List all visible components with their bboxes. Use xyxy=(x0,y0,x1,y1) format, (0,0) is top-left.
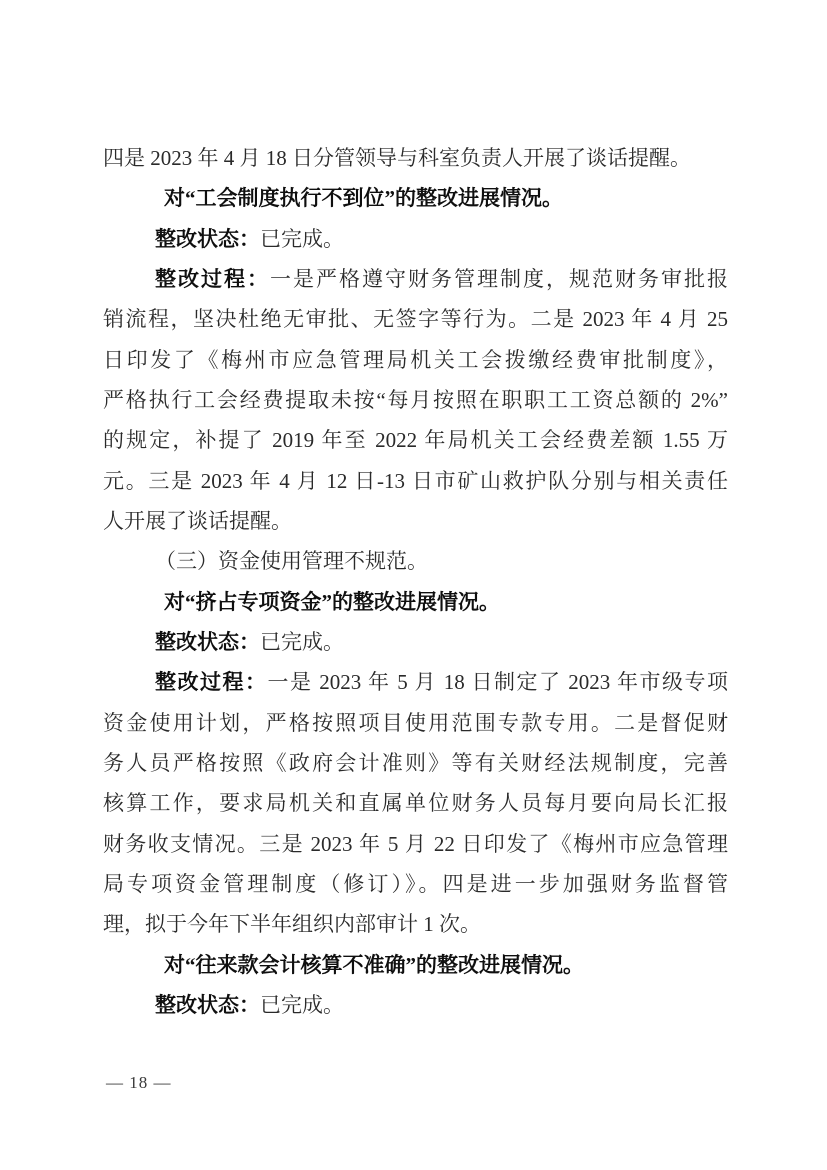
text-segment: 核算工作，要求局机关和直属单位财务人员每月要向局长汇报 xyxy=(103,791,728,815)
text-line: 销流程，坚决杜绝无审批、无签字等行为。二是 2023 年 4 月 25 xyxy=(103,299,728,339)
document-page: 四是 2023 年 4 月 18 日分管领导与科室负责人开展了谈话提醒。对“工会… xyxy=(0,0,827,1170)
text-line: 财务收支情况。三是 2023 年 5 月 22 日印发了《梅州市应急管理 xyxy=(103,824,728,864)
text-line: 整改过程：一是严格遵守财务管理制度，规范财务审批报 xyxy=(103,259,728,299)
text-line: 核算工作，要求局机关和直属单位财务人员每月要向局长汇报 xyxy=(103,783,728,823)
document-content: 四是 2023 年 4 月 18 日分管领导与科室负责人开展了谈话提醒。对“工会… xyxy=(103,138,728,1025)
text-segment: （三）资金使用管理不规范。 xyxy=(155,549,428,573)
bold-label: 对“工会制度执行不到位”的整改进展情况。 xyxy=(164,186,563,210)
text-line: 人开展了谈话提醒。 xyxy=(103,501,728,541)
bold-label: 对“挤占专项资金”的整改进展情况。 xyxy=(164,590,500,614)
text-segment: 财务收支情况。三是 2023 年 5 月 22 日印发了《梅州市应急管理 xyxy=(103,832,728,856)
text-line: 元。三是 2023 年 4 月 12 日-13 日市矿山救护队分别与相关责任 xyxy=(103,461,728,501)
text-segment: 人开展了谈话提醒。 xyxy=(103,509,292,533)
text-line: 整改状态：已完成。 xyxy=(103,219,728,259)
bold-label: 整改状态： xyxy=(155,227,260,251)
text-segment: 四是 2023 年 4 月 18 日分管领导与科室负责人开展了谈话提醒。 xyxy=(103,146,691,170)
text-segment: 的规定，补提了 2019 年至 2022 年局机关工会经费差额 1.55 万 xyxy=(103,428,728,452)
text-segment: 已完成。 xyxy=(260,630,344,654)
text-line: 对“工会制度执行不到位”的整改进展情况。 xyxy=(103,178,728,218)
page-number: — 18 — xyxy=(106,1072,172,1094)
text-line: 日印发了《梅州市应急管理局机关工会拨缴经费审批制度》， xyxy=(103,340,728,380)
text-line: 理，拟于今年下半年组织内部审计 1 次。 xyxy=(103,904,728,944)
text-line: 整改过程：一是 2023 年 5 月 18 日制定了 2023 年市级专项 xyxy=(103,662,728,702)
text-segment: 理，拟于今年下半年组织内部审计 1 次。 xyxy=(103,912,481,936)
bold-label: 整改过程： xyxy=(155,670,268,694)
text-line: 局专项资金管理制度（修订）》。四是进一步加强财务监督管 xyxy=(103,864,728,904)
text-line: 资金使用计划，严格按照项目使用范围专款专用。二是督促财 xyxy=(103,703,728,743)
text-line: 严格执行工会经费提取未按“每月按照在职职工工资总额的 2%” xyxy=(103,380,728,420)
text-line: 对“往来款会计核算不准确”的整改进展情况。 xyxy=(103,945,728,985)
text-line: （三）资金使用管理不规范。 xyxy=(103,541,728,581)
text-segment: 务人员严格按照《政府会计准则》等有关财经法规制度，完善 xyxy=(103,751,728,775)
text-segment: 日印发了《梅州市应急管理局机关工会拨缴经费审批制度》， xyxy=(103,348,728,372)
text-segment: 元。三是 2023 年 4 月 12 日-13 日市矿山救护队分别与相关责任 xyxy=(103,469,728,493)
text-segment: 已完成。 xyxy=(260,993,344,1017)
text-line: 务人员严格按照《政府会计准则》等有关财经法规制度，完善 xyxy=(103,743,728,783)
text-segment: 一是 2023 年 5 月 18 日制定了 2023 年市级专项 xyxy=(268,670,729,694)
text-line: 整改状态：已完成。 xyxy=(103,622,728,662)
text-line: 整改状态：已完成。 xyxy=(103,985,728,1025)
bold-label: 整改状态： xyxy=(155,630,260,654)
text-segment: 一是严格遵守财务管理制度，规范财务审批报 xyxy=(270,267,728,291)
text-line: 四是 2023 年 4 月 18 日分管领导与科室负责人开展了谈话提醒。 xyxy=(103,138,728,178)
bold-label: 整改状态： xyxy=(155,993,260,1017)
text-segment: 资金使用计划，严格按照项目使用范围专款专用。二是督促财 xyxy=(103,711,728,735)
text-line: 对“挤占专项资金”的整改进展情况。 xyxy=(103,582,728,622)
text-segment: 销流程，坚决杜绝无审批、无签字等行为。二是 2023 年 4 月 25 xyxy=(103,307,728,331)
bold-label: 对“往来款会计核算不准确”的整改进展情况。 xyxy=(164,953,584,977)
text-segment: 严格执行工会经费提取未按“每月按照在职职工工资总额的 2%” xyxy=(103,388,728,412)
text-segment: 局专项资金管理制度（修订）》。四是进一步加强财务监督管 xyxy=(103,872,728,896)
text-line: 的规定，补提了 2019 年至 2022 年局机关工会经费差额 1.55 万 xyxy=(103,420,728,460)
text-segment: 已完成。 xyxy=(260,227,344,251)
bold-label: 整改过程： xyxy=(155,267,270,291)
